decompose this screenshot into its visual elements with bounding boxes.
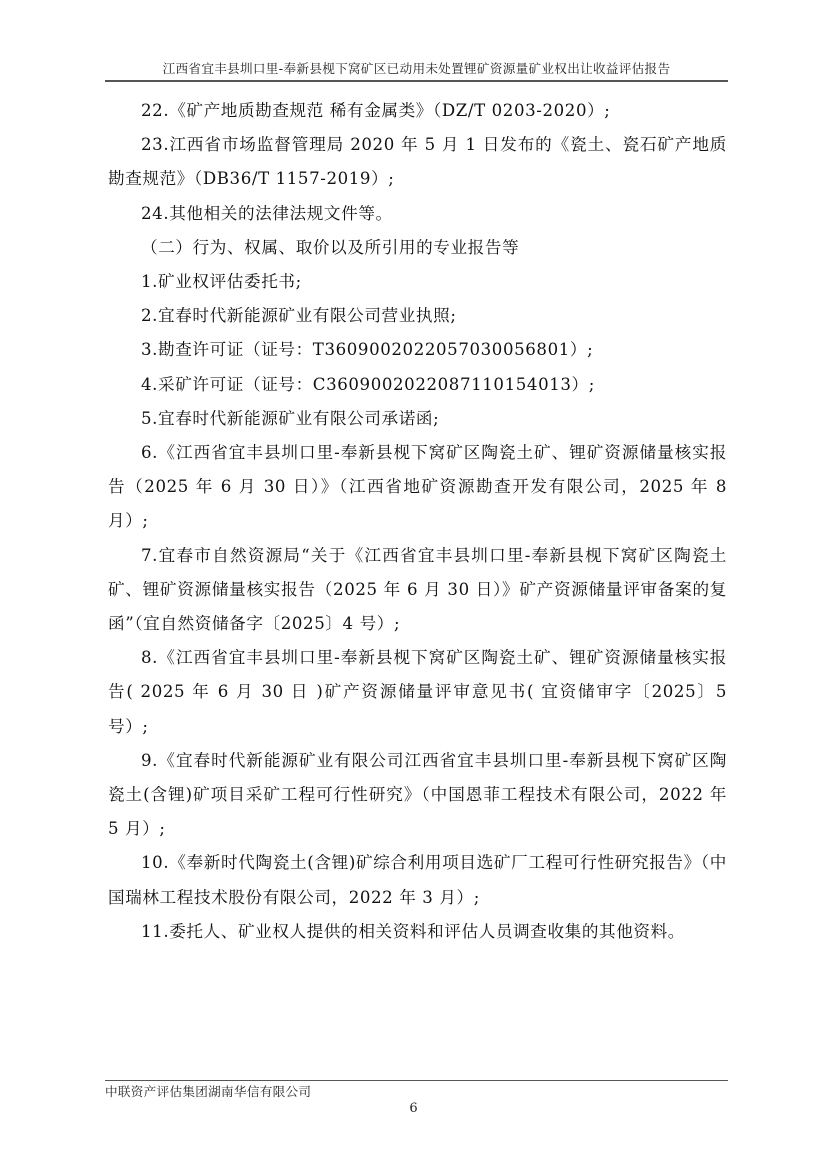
paragraph-item-7: 7.宜春市自然资源局“关于《江西省宜丰县圳口里-奉新县枧下窝矿区陶瓷土矿、锂矿资… [108,539,727,642]
paragraph-item-9: 9.《宜春时代新能源矿业有限公司江西省宜丰县圳口里-奉新县枧下窝矿区陶瓷土(含锂… [108,744,727,847]
paragraph-item-11: 11.委托人、矿业权人提供的相关资料和评估人员调查收集的其他资料。 [108,915,727,949]
paragraph-item-22: 22.《矿产地质勘查规范 稀有金属类》（DZ/T 0203-2020）; [108,94,727,128]
paragraph-item-6: 6.《江西省宜丰县圳口里-奉新县枧下窝矿区陶瓷土矿、锂矿资源储量核实报告（202… [108,436,727,539]
paragraph-item-1: 1.矿业权评估委托书; [108,265,727,299]
paragraph-item-5: 5.宜春时代新能源矿业有限公司承诺函; [108,402,727,436]
document-body: 22.《矿产地质勘查规范 稀有金属类》（DZ/T 0203-2020）; 23.… [108,94,727,949]
paragraph-item-24: 24.其他相关的法律法规文件等。 [108,197,727,231]
section-heading: （二）行为、权属、取价以及所引用的专业报告等 [108,231,727,265]
page-header: 江西省宜丰县圳口里-奉新县枧下窝矿区已动用未处置锂矿资源量矿业权出让收益评估报告 [105,58,728,82]
page-number: 6 [0,1100,827,1118]
paragraph-item-2: 2.宜春时代新能源矿业有限公司营业执照; [108,299,727,333]
report-title: 江西省宜丰县圳口里-奉新县枧下窝矿区已动用未处置锂矿资源量矿业权出让收益评估报告 [163,61,671,76]
paragraph-item-8: 8.《江西省宜丰县圳口里-奉新县枧下窝矿区陶瓷土矿、锂矿资源储量核实报告( 20… [108,641,727,744]
page-footer: 中联资产评估集团湖南华信有限公司 [105,1080,728,1102]
paragraph-item-4: 4.采矿许可证（证号：C3609002022087110154013）; [108,368,727,402]
paragraph-item-10: 10.《奉新时代陶瓷土(含锂)矿综合利用项目选矿厂工程可行性研究报告》（中国瑞林… [108,846,727,914]
paragraph-item-3: 3.勘查许可证（证号：T36090020220570300568​01）; [108,333,727,367]
paragraph-item-23: 23.江西省市场监督管理局 2020 年 5 月 1 日发布的《瓷土、瓷石矿产地… [108,128,727,196]
footer-company-name: 中联资产评估集团湖南华信有限公司 [105,1082,728,1102]
